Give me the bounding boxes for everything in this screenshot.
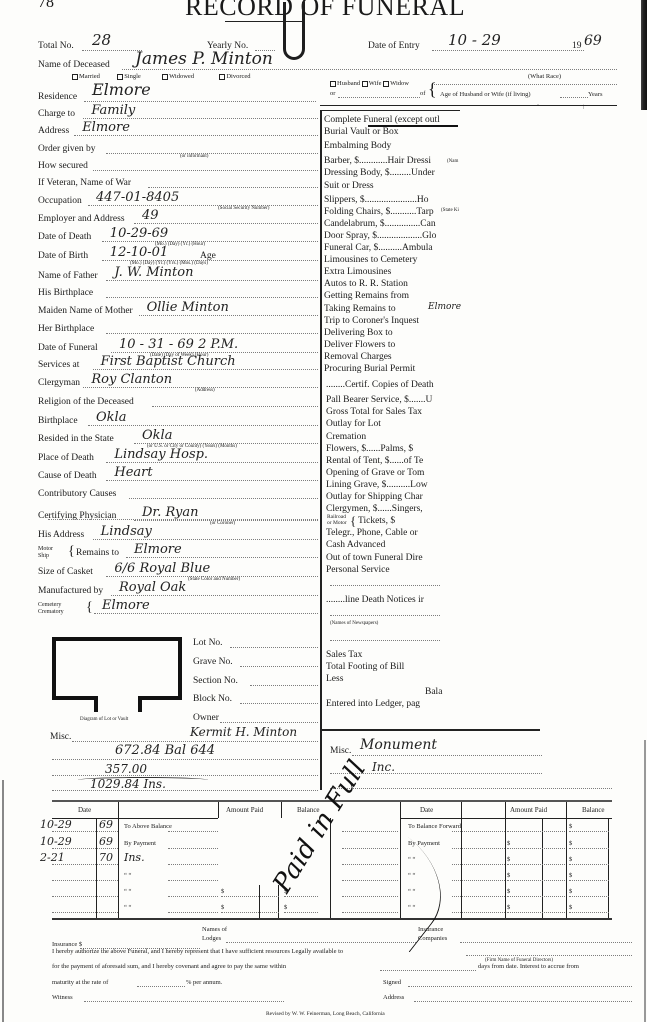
- charge-item: Tickets, $: [358, 515, 395, 527]
- field-value[interactable]: Elmore: [82, 121, 130, 135]
- caption-state-kind: (State Ki: [441, 208, 459, 214]
- field-prefix-bottom: Ship: [38, 553, 49, 559]
- caption-name: (Nam: [447, 159, 458, 165]
- field-caption: (State Color and Number): [188, 577, 240, 583]
- scan-edge-bottom-right: [644, 740, 646, 1022]
- field-value[interactable]: 12-10-01: [110, 246, 168, 260]
- charge-item: Out of town Funeral Dire: [326, 552, 460, 564]
- charge-item: Extra Limousines: [324, 266, 460, 278]
- charge-item: Total Footing of Bill: [326, 661, 460, 673]
- charges-misc-divider: [320, 729, 540, 731]
- charge-item: Autos to R. R. Station: [324, 278, 460, 290]
- page-number: 78: [38, 0, 54, 12]
- companies-label-bottom: Companies: [418, 935, 447, 943]
- field-prefix-top: Cemetery: [38, 602, 61, 608]
- charge-item: Entered into Ledger, pag: [326, 698, 460, 710]
- address-label: Address: [383, 994, 404, 1002]
- field-label: Order given by: [38, 143, 96, 155]
- field-label: Date of Birth: [38, 250, 88, 262]
- field-value[interactable]: Okla: [96, 411, 126, 425]
- charge-blank-line[interactable]: [330, 640, 440, 641]
- charge-item: Bala: [425, 686, 460, 698]
- residence-value[interactable]: Elmore: [92, 83, 151, 97]
- payments-left-amount-header: Amount Paid: [226, 806, 263, 814]
- field-value[interactable]: Lindsay Hosp.: [114, 448, 208, 462]
- percent-text: % per annum.: [186, 979, 222, 987]
- revised-text: Revised by W. W. Feinerman, Long Beach, …: [266, 1011, 385, 1017]
- field-label: Name of Father: [38, 270, 98, 282]
- payment-description: By Payment: [124, 840, 156, 848]
- charge-item: Flowers, $......Palms, $: [326, 443, 460, 455]
- field-label: Maiden Name of Mother: [38, 305, 133, 317]
- charge-blank-line[interactable]: [330, 585, 440, 586]
- field-label: His Birthplace: [38, 287, 93, 299]
- or-label: or: [330, 90, 335, 98]
- checkbox-married[interactable]: Married: [72, 73, 100, 80]
- date-of-entry-label: Date of Entry: [368, 40, 420, 52]
- field-line: [134, 223, 318, 224]
- payment-amount[interactable]: $: [221, 888, 224, 896]
- field-label: Birthplace: [38, 415, 78, 427]
- payment-right-balance[interactable]: $: [569, 840, 572, 848]
- funeral-record-page: 78 RECORD OF FUNERAL Total No. 28 Yearly…: [0, 0, 647, 1022]
- payment-year[interactable]: 69: [99, 819, 113, 831]
- field-label: Date of Funeral: [38, 342, 98, 354]
- misc-left-line-3[interactable]: 357.00: [105, 762, 147, 776]
- payment-year[interactable]: 70: [99, 852, 113, 864]
- days-text: days from date. Interest to accrue from: [478, 963, 579, 971]
- what-race-caption: (What Race): [528, 73, 561, 81]
- checkbox-widowed[interactable]: Widowed: [162, 73, 194, 80]
- sum-underline: [78, 777, 208, 783]
- field-label: Her Birthplace: [38, 323, 94, 335]
- lot-field-line[interactable]: [220, 722, 318, 723]
- field-label: How secured: [38, 160, 88, 172]
- year-prefix: 19: [572, 40, 582, 52]
- payment-description: “ “: [124, 904, 131, 912]
- field-label: Occupation: [38, 195, 82, 207]
- payment-date[interactable]: 10-29: [40, 836, 72, 848]
- field-value[interactable]: Heart: [114, 466, 152, 480]
- field-label: Services at: [38, 359, 79, 371]
- field-line: [139, 315, 318, 316]
- paper-clip-icon: [283, 2, 305, 60]
- misc-left-line-2[interactable]: 672.84 Bal 644: [115, 744, 215, 758]
- field-label: Charge to: [38, 108, 75, 120]
- top-divider-line: [320, 105, 617, 106]
- payment-description: To Above Balance: [124, 823, 172, 831]
- years-label: Years: [588, 91, 603, 99]
- companies-label-top: Insurance: [418, 926, 443, 934]
- field-caption: (or informant): [180, 154, 208, 160]
- field-label: Manufactured by: [38, 585, 103, 597]
- railroad-prefix-bottom: or Motor: [327, 520, 347, 526]
- lodges-label-top: Names of: [202, 926, 227, 934]
- field-line: [106, 333, 318, 334]
- field-value[interactable]: Okla: [142, 429, 172, 443]
- field-value[interactable]: Royal Oak: [119, 581, 186, 595]
- charge-item: Limousines to Cemetery: [324, 254, 460, 266]
- maturity-text: maturity at the rate of: [52, 979, 108, 987]
- field-value[interactable]: Roy Clanton: [91, 373, 172, 387]
- checkbox-husband[interactable]: Husband: [330, 80, 360, 87]
- total-no-label: Total No.: [38, 40, 74, 52]
- field-value[interactable]: 6/6 Royal Blue: [114, 562, 210, 576]
- witness-label: Witness: [52, 994, 73, 1002]
- charge-item: Barber, $............Hair Dressi: [324, 155, 460, 167]
- charge-item: Personal Service: [326, 564, 460, 576]
- payments-left-date-header: Date: [78, 806, 91, 814]
- lot-field-line[interactable]: [240, 703, 318, 704]
- field-line: [88, 425, 318, 426]
- residence-label: Residence: [38, 91, 77, 103]
- payment-right-amount[interactable]: $: [507, 856, 510, 864]
- payment-right-balance[interactable]: $: [569, 904, 572, 912]
- payment-right-amount[interactable]: $: [507, 840, 510, 848]
- charge-item: Burial Vault or Box: [324, 126, 460, 138]
- signed-field[interactable]: [408, 986, 632, 987]
- charge-item: Candelabrum, $...............Can: [324, 218, 460, 230]
- payment-text: for the payment of aforesaid sum, and I …: [52, 963, 286, 971]
- year-value[interactable]: 69: [584, 34, 602, 48]
- charge-item: Outlay for Shipping Char: [326, 491, 460, 503]
- lot-field-label: Section No.: [193, 675, 238, 687]
- newspapers-caption: (Names of Newspapers): [330, 621, 378, 627]
- field-label: Remains to: [76, 547, 119, 559]
- payments-bottom-rule: [52, 918, 612, 920]
- payment-right-description: To Balance Forward: [408, 823, 461, 831]
- payment-right-amount[interactable]: $: [507, 904, 510, 912]
- charge-blank-line[interactable]: [330, 615, 440, 616]
- charge-item: Delivering Box to: [324, 327, 460, 339]
- charge-item: Slippers, $......................Ho: [324, 194, 460, 206]
- field-value[interactable]: Dr. Ryan: [142, 506, 199, 520]
- charge-item: Deliver Flowers to: [324, 339, 460, 351]
- total-no-value[interactable]: 28: [92, 33, 111, 47]
- field-line: [129, 498, 318, 499]
- field-value[interactable]: 10 - 31 - 69 2 P.M.: [119, 338, 238, 352]
- age-spouse-label: Age of Husband or Wife (if living): [440, 91, 531, 99]
- field-label: Address: [38, 125, 69, 137]
- charge-item: Pall Bearer Service, $.......U: [326, 394, 460, 406]
- payment-description: “ “: [124, 872, 131, 880]
- lot-field-label: Owner: [193, 712, 219, 724]
- charge-item: Gross Total for Sales Tax: [326, 406, 460, 418]
- payment-year[interactable]: 69: [99, 836, 113, 848]
- payment-date[interactable]: 2-21: [40, 852, 65, 864]
- misc-left-line-1[interactable]: Kermit H. Minton: [190, 725, 297, 739]
- field-line: [83, 118, 318, 119]
- field-line: [102, 241, 318, 242]
- payment-right-amount[interactable]: $: [507, 872, 510, 880]
- lodges-label-bottom: Lodges: [202, 935, 221, 943]
- charge-item: Opening of Grave or Tom: [326, 467, 460, 479]
- charge-item: ........Certif. Copies of Death: [326, 379, 460, 391]
- contributory-causes-line-2: [48, 519, 318, 520]
- of-label: of: [420, 90, 425, 98]
- field-line: [94, 613, 318, 614]
- payment-description: “ “: [124, 888, 131, 896]
- field-line: [93, 170, 318, 171]
- field-label: Certifying Physician: [38, 510, 116, 522]
- field-label: Place of Death: [38, 452, 94, 464]
- getting-remains-value[interactable]: Elmore: [428, 301, 461, 313]
- field-value[interactable]: Lindsay: [101, 525, 152, 539]
- witness-field[interactable]: [84, 1001, 284, 1002]
- charge-item: Suit or Dress: [324, 180, 460, 192]
- field-value[interactable]: 447-01-8405: [96, 191, 179, 205]
- misc-right-line-2[interactable]: Inc.: [372, 760, 395, 774]
- field-line: [106, 462, 318, 463]
- payment-balance[interactable]: $: [284, 904, 287, 912]
- field-line: [106, 480, 318, 481]
- lot-field-line[interactable]: [230, 647, 318, 648]
- field-line: [111, 595, 318, 596]
- charge-item: ........line Death Notices ir: [326, 594, 460, 606]
- payment-right-balance[interactable]: $: [569, 823, 572, 831]
- payment-right-amount[interactable]: $: [507, 888, 510, 896]
- name-of-deceased-value[interactable]: James P. Minton: [135, 52, 273, 66]
- field-label: Date of Death: [38, 231, 91, 243]
- charge-item: Trip to Coroner's Inquest: [324, 315, 460, 327]
- field-line: [74, 135, 318, 136]
- field-value[interactable]: J. W. Minton: [114, 266, 193, 280]
- field-value[interactable]: Family: [91, 104, 135, 118]
- lot-diagram-box: [52, 637, 182, 700]
- field-caption: (Address): [195, 388, 215, 394]
- checkbox-widow[interactable]: Widow: [383, 80, 409, 87]
- scan-edge-top-right: [641, 0, 647, 110]
- authorize-text: I hereby authorize the above Funeral, an…: [52, 948, 343, 956]
- field-value[interactable]: 10-29-69: [110, 227, 168, 241]
- charge-item: Cash Advanced: [326, 539, 460, 551]
- charge-item: Lining Grave, $..........Low: [326, 479, 460, 491]
- field-caption: (Social Security Number): [218, 206, 269, 212]
- field-line: [111, 352, 318, 353]
- field-line: [106, 280, 318, 281]
- field-label: His Address: [38, 529, 84, 541]
- charge-item: Rental of Tent, $......of Te: [326, 455, 460, 467]
- field-value[interactable]: 49: [142, 209, 159, 223]
- charge-item: Door Spray, $...................Glo: [324, 230, 460, 242]
- charge-item: Folding Chairs, $...........Tarp: [324, 206, 460, 218]
- field-label: If Veteran, Name of War: [38, 177, 131, 189]
- field-label: Employer and Address: [38, 213, 125, 225]
- funeral-underline: [368, 125, 458, 127]
- charge-item: Cremation: [326, 431, 460, 443]
- field-line: [152, 406, 318, 407]
- checkbox-single[interactable]: Single: [117, 73, 141, 80]
- charge-item: Outlay for Lot: [326, 418, 460, 430]
- charge-item: Clergymen, $......Singers,: [326, 503, 460, 515]
- misc-left-label: Misc.: [50, 731, 71, 743]
- field-label: Cause of Death: [38, 470, 97, 482]
- name-of-deceased-label: Name of Deceased: [38, 59, 110, 71]
- field-prefix-top: Motor: [38, 546, 53, 552]
- lot-field-label: Block No.: [193, 693, 232, 705]
- field-label: Religion of the Deceased: [38, 396, 134, 408]
- field-line: [93, 369, 318, 370]
- lot-field-label: Grave No.: [193, 656, 233, 668]
- charge-item: Procuring Burial Permit: [324, 363, 460, 375]
- payment-right-balance[interactable]: $: [569, 888, 572, 896]
- field-line: [93, 539, 318, 540]
- field-value[interactable]: Ollie Minton: [147, 301, 229, 315]
- charge-item: Embalming Body: [324, 140, 460, 152]
- field-line: [106, 153, 318, 154]
- spouse-status-group: Husband Wife Widow: [330, 80, 409, 88]
- page-title: RECORD OF FUNERAL: [185, 0, 465, 22]
- scan-edge-left: [2, 780, 4, 1022]
- address-field[interactable]: [414, 1001, 632, 1002]
- field-prefix-bottom: Crematory: [38, 609, 64, 615]
- lot-field-label: Lot No.: [193, 637, 223, 649]
- misc-right-line-1[interactable]: Monument: [360, 738, 437, 752]
- lot-diagram-caption: Diagram of Lot or Vault: [80, 717, 128, 723]
- payments-right-date-header: Date: [420, 806, 433, 814]
- lot-field-line[interactable]: [240, 666, 318, 667]
- payments-right-balance-header: Balance: [582, 806, 605, 814]
- payment-description: Ins.: [124, 852, 145, 864]
- payment-right-balance[interactable]: $: [569, 872, 572, 880]
- field-value[interactable]: Elmore: [102, 599, 150, 613]
- field-label: Clergyman: [38, 377, 80, 389]
- charge-item: Dressing Body, $.........Under: [324, 167, 460, 179]
- field-label: Resided in the State: [38, 433, 114, 445]
- field-value[interactable]: Elmore: [134, 543, 182, 557]
- field-line: [88, 205, 318, 206]
- charge-item: Sales Tax: [326, 649, 460, 661]
- charges-top-border: [320, 110, 460, 111]
- payment-date[interactable]: 10-29: [40, 819, 72, 831]
- field-caption: (or Coroner): [210, 521, 235, 527]
- lot-field-line[interactable]: [250, 685, 318, 686]
- checkbox-wife[interactable]: Wife: [362, 80, 382, 87]
- payments-right-amount-header: Amount Paid: [510, 806, 547, 814]
- field-value[interactable]: First Baptist Church: [101, 355, 236, 369]
- field-line: [106, 297, 318, 298]
- charge-item: Removal Charges: [324, 351, 460, 363]
- charge-item: Less: [326, 673, 460, 685]
- charge-item: Funeral Car, $..........Ambula: [324, 242, 460, 254]
- checkbox-divorced[interactable]: Divorced: [219, 73, 250, 80]
- signed-label: Signed: [383, 979, 401, 987]
- field-line: [148, 187, 318, 188]
- field-line: [126, 557, 318, 558]
- charges-left-border: [320, 110, 322, 790]
- date-of-entry-value[interactable]: 10 - 29: [448, 33, 501, 47]
- charge-item: Telegr., Phone, Cable or: [326, 527, 460, 539]
- payment-amount[interactable]: $: [221, 904, 224, 912]
- payment-right-balance[interactable]: $: [569, 856, 572, 864]
- field-label: Contributory Causes: [38, 488, 116, 500]
- field-label: Size of Casket: [38, 566, 93, 578]
